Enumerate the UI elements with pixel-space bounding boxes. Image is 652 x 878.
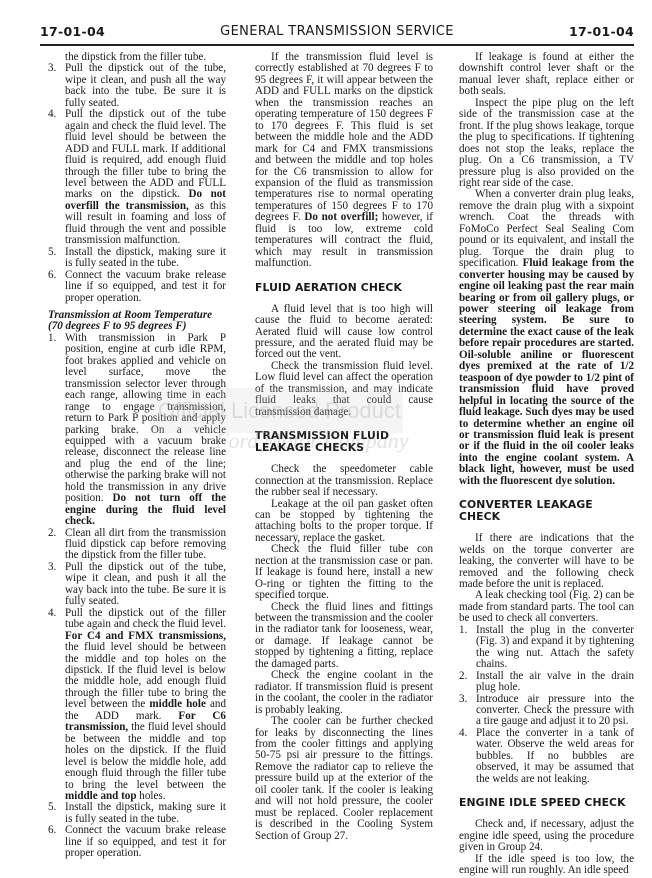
- heading-fluid-aeration-check: FLUID AERATION CHECK: [255, 282, 433, 294]
- column-right: If leakage is found at either the downsh…: [459, 52, 634, 876]
- column-left: the dipstick from the filler tube. 3.Pul…: [48, 52, 226, 860]
- subheading-room-temperature: Transmission at Room Temperature (70 deg…: [48, 310, 226, 333]
- paragraph: A leak checking tool (Fig. 2) can be mad…: [459, 590, 634, 624]
- paragraph: The cooler can be further checked for le…: [255, 716, 433, 842]
- heading-converter-leakage-check: CONVERTER LEAKAGE CHECK: [459, 499, 634, 523]
- list-item: 3.Introduce air pressure into the conver…: [459, 694, 634, 728]
- list-item: 3.Pull the dipstick out of the tube, wip…: [48, 562, 226, 608]
- procedure-list-hot: 3.Pull the dipstick out of the tube, wip…: [48, 63, 226, 304]
- list-item: 5.Install the dipstick, making sure it i…: [48, 802, 226, 825]
- paragraph: If the transmission fluid level is corre…: [255, 52, 433, 270]
- page-number-right: 17-01-04: [569, 24, 634, 39]
- converter-check-steps: 1.Install the plug in the converter (Fig…: [459, 625, 634, 785]
- paragraph: Check the engine coolant in the radiator…: [255, 670, 433, 716]
- list-item: 4.Place the converter in a tank of water…: [459, 728, 634, 785]
- list-item: 5.Install the dipstick, making sure it i…: [48, 247, 226, 270]
- paragraph: When a converter drain plug leaks, remov…: [459, 189, 634, 487]
- column-middle: If the transmission fluid level is corre…: [255, 52, 433, 842]
- procedure-list-room-temp: 1.With transmission in Park P position, …: [48, 333, 226, 860]
- paragraph: Check the transmission fluid level. Low …: [255, 361, 433, 418]
- page-header: 17-01-04 GENERAL TRANSMISSION SERVICE 17…: [40, 24, 634, 46]
- paragraph: If there are indications that the welds …: [459, 533, 634, 590]
- list-item: 1.With transmission in Park P position, …: [48, 333, 226, 528]
- paragraph: Leakage at the oil pan gasket often can …: [255, 499, 433, 545]
- list-item: 1.Install the plug in the converter (Fig…: [459, 625, 634, 671]
- heading-engine-idle-speed-check: ENGINE IDLE SPEED CHECK: [459, 797, 634, 809]
- list-item: 6.Connect the vacuum brake release line …: [48, 825, 226, 859]
- paragraph: Check the speedometer cable connection a…: [255, 464, 433, 498]
- list-item: 6.Connect the vacuum brake release line …: [48, 270, 226, 304]
- heading-transmission-fluid-leakage-checks: TRANSMISSION FLUID LEAKAGE CHECKS: [255, 430, 433, 454]
- paragraph: Check the fluid filler tube con nection …: [255, 544, 433, 601]
- list-item: 4.Pull the dipstick out of the filler tu…: [48, 608, 226, 803]
- list-item: 4.Pull the dipstick out of the tube agai…: [48, 109, 226, 246]
- list-item: 2.Install the air valve in the drain plu…: [459, 671, 634, 694]
- paragraph: Inspect the pipe plug on the left side o…: [459, 98, 634, 190]
- paragraph: If leakage is found at either the downsh…: [459, 52, 634, 98]
- paragraph: A fluid level that is too high will caus…: [255, 304, 433, 361]
- paragraph: Check and, if necessary, adjust the engi…: [459, 819, 634, 853]
- list-item: 2.Clean all dirt from the transmission f…: [48, 528, 226, 562]
- paragraph: Check the fluid lines and fittings betwe…: [255, 602, 433, 671]
- paragraph: If the idle speed is too low, the engine…: [459, 854, 634, 877]
- page-title: GENERAL TRANSMISSION SERVICE: [40, 24, 634, 39]
- list-item: 3.Pull the dipstick out of the tube, wip…: [48, 63, 226, 109]
